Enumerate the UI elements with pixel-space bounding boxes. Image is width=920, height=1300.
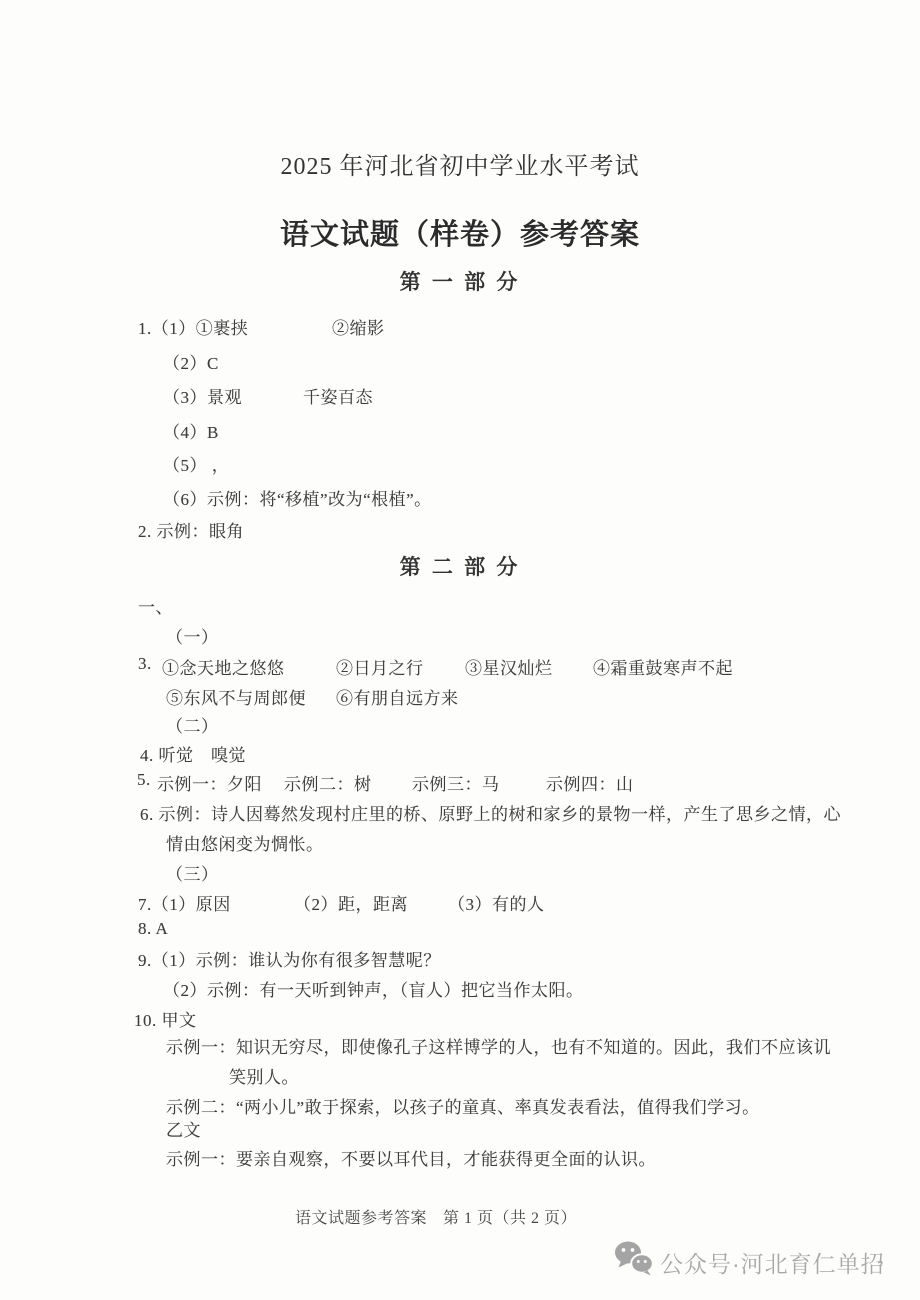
answer-q3-item6: ⑥有朋自远方来 xyxy=(336,684,459,709)
answer-q9-2: （2）示例：有一天听到钟声，（盲人）把它当作太阳。 xyxy=(163,976,584,1001)
answer-q6-line2: 情由悠闲变为惆怅。 xyxy=(166,830,324,855)
paper-title: 语文试题（样卷）参考答案 xyxy=(0,212,920,253)
footer-page-number: 第 1 页（共 2 页） xyxy=(443,1205,577,1228)
answer-q10-jia-ex2: 示例二：“两小儿”敢于探索，以孩子的童真、率真发表看法，值得我们学习。 xyxy=(166,1093,760,1118)
part2-heading: 第 二 部 分 xyxy=(0,551,920,581)
answer-q1-4: （4）B xyxy=(163,418,219,443)
answer-q7-item1: 7.（1）原因 xyxy=(138,890,231,915)
subsection-1-label: （一） xyxy=(166,623,219,648)
answer-sheet-page: 2025 年河北省初中学业水平考试 语文试题（样卷）参考答案 第 一 部 分 1… xyxy=(0,0,920,1300)
answer-q5-ex1: 示例一：夕阳 xyxy=(157,770,262,795)
answer-q7-item2: （2）距，距离 xyxy=(294,890,408,915)
answer-q10-yi-label: 乙文 xyxy=(166,1116,201,1141)
answer-q3-item1: ①念天地之悠悠 xyxy=(162,654,285,679)
answer-q3-item2: ②日月之行 xyxy=(336,654,424,679)
part1-heading: 第 一 部 分 xyxy=(0,266,920,296)
answer-q10-label: 10. 甲文 xyxy=(134,1006,197,1031)
footer-doc-name: 语文试题参考答案 xyxy=(295,1205,427,1228)
exam-title: 2025 年河北省初中学业水平考试 xyxy=(0,146,920,181)
answer-q3-item4: ④霜重鼓寒声不起 xyxy=(593,654,733,679)
answer-q1-1b: ②缩影 xyxy=(332,314,385,339)
answer-q1-1a: 1.（1）①裹挟 xyxy=(138,314,248,339)
answer-q5-ex2: 示例二：树 xyxy=(284,770,372,795)
answer-q3-item3: ③星汉灿烂 xyxy=(465,654,553,679)
answer-q1-6: （6）示例：将“移植”改为“根植”。 xyxy=(163,485,432,510)
answer-q5-ex4: 示例四：山 xyxy=(546,770,634,795)
answer-q10-jia-ex1-line1: 示例一：知识无穷尽，即使像孔子这样博学的人，也有不知道的。因此，我们不应该讥 xyxy=(166,1033,831,1058)
answer-q7-item3: （3）有的人 xyxy=(448,890,545,915)
wechat-icon xyxy=(614,1240,654,1276)
watermark-account-name: 公众号·河北育仁单招 xyxy=(660,1246,885,1279)
answer-q3-item5: ⑤东风不与周郎便 xyxy=(166,684,306,709)
answer-q8: 8. A xyxy=(138,919,168,939)
subsection-2-label: （二） xyxy=(166,712,219,737)
answer-q5-ex3: 示例三：马 xyxy=(412,770,500,795)
watermark-suffix-mark: ， xyxy=(878,1240,899,1269)
answer-q1-3b: 千姿百态 xyxy=(303,383,373,408)
answer-q10-yi-ex1: 示例一：要亲自观察，不要以耳代目，才能获得更全面的认识。 xyxy=(166,1145,656,1170)
answer-q9-1: 9.（1）示例：谁认为你有很多智慧呢？ xyxy=(138,946,441,971)
answer-q5-number: 5. xyxy=(137,770,151,790)
answer-q6-line1: 6. 示例：诗人因蓦然发现村庄里的桥、原野上的树和家乡的景物一样，产生了思乡之情… xyxy=(140,800,841,825)
subsection-3-label: （三） xyxy=(166,860,219,885)
answer-q2: 2. 示例：眼角 xyxy=(138,517,244,542)
answer-q10-jia-ex1-line2: 笑别人。 xyxy=(229,1063,299,1088)
answer-q1-2: （2）C xyxy=(163,349,219,374)
answer-q1-5: （5） ， xyxy=(163,451,229,476)
answer-q1-3a: （3）景观 xyxy=(163,383,242,408)
answer-q3-number: 3. xyxy=(138,654,152,674)
section-one-number: 一、 xyxy=(138,593,173,618)
answer-q4: 4. 听觉 嗅觉 xyxy=(140,741,246,766)
